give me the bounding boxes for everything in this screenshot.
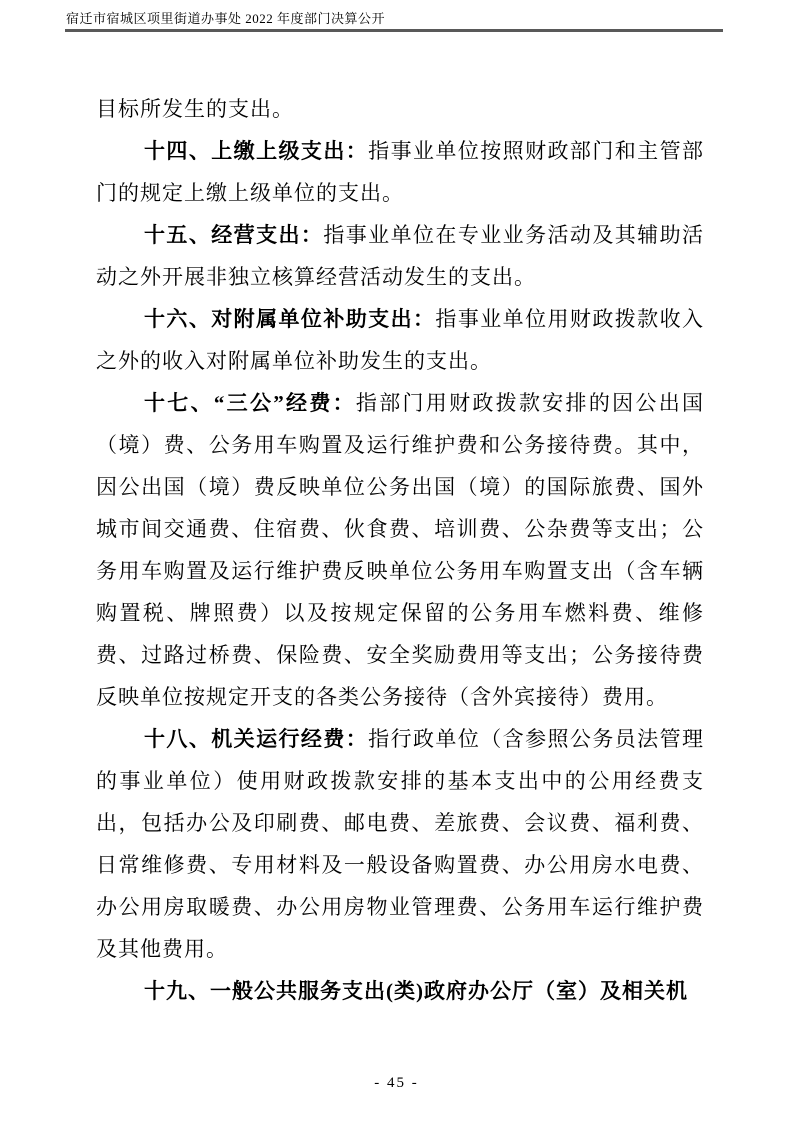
- paragraph-lead: 十五、经营支出：: [144, 223, 323, 247]
- paragraph-lead: 十七、“三公”经费：: [144, 391, 356, 415]
- paragraph-lead: 十四、上缴上级支出：: [144, 139, 368, 163]
- paragraph-lead: 十六、对附属单位补助支出：: [144, 307, 435, 331]
- paragraph-section-14: 十四、上缴上级支出：指事业单位按照财政部门和主管部门的规定上缴上级单位的支出。: [96, 130, 704, 214]
- paragraph-lead: 十九、一般公共服务支出(类)政府办公厅（室）及相关机: [144, 979, 688, 1003]
- document-page: 宿迁市宿城区项里街道办事处 2022 年度部门决算公开 目标所发生的支出。 十四…: [0, 0, 793, 1122]
- header-rule: [65, 29, 723, 32]
- paragraph-section-18: 十八、机关运行经费：指行政单位（含参照公务员法管理的事业单位）使用财政拨款安排的…: [96, 718, 704, 970]
- paragraph-lead: 十八、机关运行经费：: [144, 727, 368, 751]
- paragraph-section-17: 十七、“三公”经费：指部门用财政拨款安排的因公出国（境）费、公务用车购置及运行维…: [96, 382, 704, 718]
- paragraph-section-15: 十五、经营支出：指事业单位在专业业务活动及其辅助活动之外开展非独立核算经营活动发…: [96, 214, 704, 298]
- page-footer: - 45 -: [0, 1074, 793, 1092]
- paragraph-section-19: 十九、一般公共服务支出(类)政府办公厅（室）及相关机: [96, 970, 704, 1012]
- document-body: 目标所发生的支出。 十四、上缴上级支出：指事业单位按照财政部门和主管部门的规定上…: [96, 88, 704, 1012]
- page-header: 宿迁市宿城区项里街道办事处 2022 年度部门决算公开: [65, 10, 723, 32]
- paragraph-continuation: 目标所发生的支出。: [96, 88, 704, 130]
- paragraph-text: 目标所发生的支出。: [96, 97, 294, 121]
- paragraph-text: 指部门用财政拨款安排的因公出国（境）费、公务用车购置及运行维护费和公务接待费。其…: [96, 391, 704, 709]
- paragraph-section-16: 十六、对附属单位补助支出：指事业单位用财政拨款收入之外的收入对附属单位补助发生的…: [96, 298, 704, 382]
- paragraph-text: 指行政单位（含参照公务员法管理的事业单位）使用财政拨款安排的基本支出中的公用经费…: [96, 727, 704, 961]
- page-number: - 45 -: [374, 1075, 419, 1091]
- header-title: 宿迁市宿城区项里街道办事处 2022 年度部门决算公开: [65, 10, 723, 28]
